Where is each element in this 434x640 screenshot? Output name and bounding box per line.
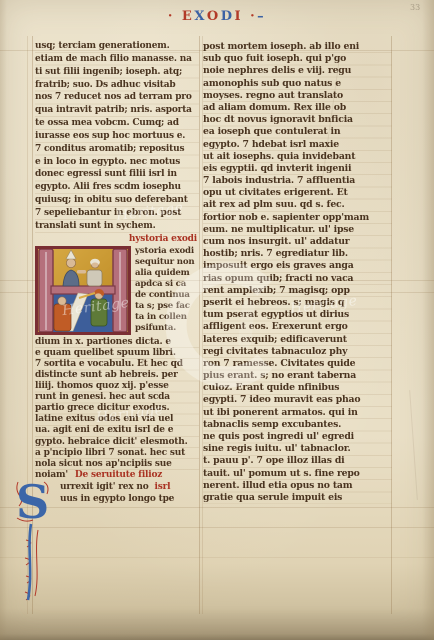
text-line: gypto. hebraice dicit' elesmoth. <box>35 437 199 448</box>
running-title-letter: O <box>207 9 221 24</box>
initial-s-tail <box>28 524 31 600</box>
text-beside-miniature: ystoria exodisequitur nonalia quidemapdc… <box>135 246 197 335</box>
initial-s-letter: S <box>16 475 49 529</box>
folio-number: 33 <box>410 3 420 12</box>
text-line: partio grece dicitur exodus. <box>35 403 199 414</box>
text-line: e quam quelibet spuum libri. <box>35 348 199 359</box>
text-line: culoz. Erant quide nfinibus <box>203 382 392 394</box>
text-line: tum pserat egyptios ut dirius <box>203 309 392 321</box>
text-line: 7 sortita e vocabulu. Et hec qd <box>35 359 199 370</box>
text-line: ta in collen <box>135 312 197 323</box>
text-line: fortior nob e. sapienter opp'mam <box>203 212 392 224</box>
running-title-right-dash: – <box>257 9 266 24</box>
running-title-letter: E <box>182 9 194 24</box>
text-line: ua. agit eni de exitu isrl de e <box>35 425 199 436</box>
left-column-upper-text: usq; terciam generationem.etiam de mach … <box>35 40 199 233</box>
manuscript-page: · EXODI ·– 33 usq; terciam generationem.… <box>0 0 434 640</box>
text-line: lateres exquib; edificaverunt <box>203 334 392 346</box>
text-line: ti sut filii ingenib; ioseph. atq; <box>35 66 199 79</box>
text-line: urrexit igit' rex noisrl <box>60 481 199 493</box>
text-line: ait rex ad plm suu. qd s. fec. <box>203 199 392 211</box>
text-line: ea ioseph que contulerat in <box>203 126 392 138</box>
running-title-exodi: · EXODI ·– <box>0 9 434 24</box>
text-line: fratrib; suo. Ds adhuc visitab <box>35 79 199 92</box>
text-line: ut ait iosephs. quia invidebant <box>203 151 392 163</box>
flourished-initial-s: S <box>14 478 60 608</box>
text-line: t. pauu p'. 7 ope illoz illas di <box>203 455 392 467</box>
text-line: eis egyptii. qd invterit ingenii <box>203 163 392 175</box>
running-title-left-dot: · <box>168 9 175 24</box>
text-line: hoc dt novus ignoravit bnficia <box>203 114 392 126</box>
rubric-de-servitute: De seruitute filioz <box>75 470 162 480</box>
text-line: de continua <box>135 290 197 301</box>
text-line: egypti. 7 ideo muravit eas phao <box>203 394 392 406</box>
text-line: hostib; nris. 7 egrediatur lib. <box>203 248 392 260</box>
text-line: distincte sunt ab hebreis. per <box>35 370 199 381</box>
text-line: 7 sepeliebantur in ebron. post <box>35 207 199 220</box>
text-line: egypto. 7 hdebat isrl maxie <box>203 139 392 151</box>
ruling-line-horizontal <box>0 557 434 558</box>
text-line: ta s; pse fac <box>135 301 197 312</box>
running-title-letter: D <box>221 9 235 24</box>
text-line: sub quo fuit ioseph. qui p'go <box>203 53 392 65</box>
text-line: moyses. regno aut translato <box>203 90 392 102</box>
text-line: eum. ne multiplicatur. ul' ipse <box>203 224 392 236</box>
text-line: sequitur non <box>135 257 197 268</box>
text-line: ne quis post ingredi ul' egredi <box>203 431 392 443</box>
text-line: affligent eos. Erexerunt ergo <box>203 321 392 333</box>
rubric-guide-word: isrl <box>155 482 171 492</box>
text-line: nola sicut nos ap'ncipiis sue <box>35 459 199 470</box>
page-edge-shadow-left <box>0 0 7 640</box>
text-line: latine exitus odos eni via uel <box>35 414 199 425</box>
text-line: sine regis iuitu. ul' tabnaclor. <box>203 443 392 455</box>
rubric-hystoria-exodi: hystoria exodi <box>35 233 199 245</box>
text-line: ystoria exodi <box>135 246 197 257</box>
text-line: translati sunt in sychem. <box>35 220 199 233</box>
text-line: noie nephres delis e viij. regu <box>203 65 392 77</box>
text-line: imposuit ergo eis graves anga <box>203 260 392 272</box>
text-line: dium in x. partiones dicta. e <box>35 337 199 348</box>
text-line: post mortem ioseph. ab illo eni <box>203 41 392 53</box>
text-line: psifunta. <box>135 323 197 334</box>
text-line: amonophis sub quo natus e <box>203 78 392 90</box>
text-line: te ossa mea vobcm. Cumq; ad <box>35 117 199 130</box>
vellum-crease <box>409 390 418 500</box>
text-line: cum nos insurgit. ul' addatur <box>203 236 392 248</box>
text-line: a p'ncipio libri 7 sonat. hec sut <box>35 448 199 459</box>
ruling-line-horizontal <box>0 527 434 528</box>
text-line: tabnaclis semp excubantes. <box>203 419 392 431</box>
text-line: nerent. illud etia opus no tam <box>203 480 392 492</box>
historiated-initial-h-miniature <box>35 246 131 335</box>
text-line: iurasse eos sup hoc mortuus e. <box>35 130 199 143</box>
page-edge-shadow-right <box>422 0 434 640</box>
running-title-letter: I <box>235 9 244 24</box>
text-line: qua intravit patrib; nris. asporta <box>35 104 199 117</box>
text-line: tauit. ul' pomum ut s. fine repo <box>203 468 392 480</box>
text-fragment: urrexit igit' rex no <box>60 482 149 492</box>
text-line: opu ut civitates erigerent. Et <box>203 187 392 199</box>
text-line: runt in genesi. hec aut scda <box>35 392 199 403</box>
text-line: ut ibi ponerent armatos. qui in <box>203 407 392 419</box>
text-line: nos 7 reducet nos ad terram pro <box>35 91 199 104</box>
text-column-left: usq; terciam generationem.etiam de mach … <box>35 40 199 507</box>
text-line: pserit ei hebreos. s; magis q <box>203 297 392 309</box>
text-line: liiij. thomos quoz xij. p'esse <box>35 381 199 392</box>
left-column-lower-text: dium in x. partiones dicta. ee quam quel… <box>35 337 199 470</box>
text-line: etiam de mach filio manasse. na <box>35 53 199 66</box>
text-line: usq; terciam generationem. <box>35 40 199 53</box>
text-line: donec egressi sunt filii isrl in <box>35 168 199 181</box>
text-line: 7 labois industria. 7 affluentia <box>203 175 392 187</box>
text-line: apdca si ca <box>135 279 197 290</box>
text-line: rias opum quib; fracti no vaca <box>203 273 392 285</box>
running-title-letter: X <box>194 9 207 24</box>
text-line: 7 conditus aromatib; repositus <box>35 143 199 156</box>
text-line: ron 7 ramesse. Civitates quide <box>203 358 392 370</box>
text-line: egypto. Alii fres scdm iosephu <box>35 181 199 194</box>
right-column-text: post mortem ioseph. ab illo enisub quo f… <box>203 41 392 504</box>
text-line: alia quidem <box>135 268 197 279</box>
text-line: rent amplexib; 7 magisq; opp <box>203 285 392 297</box>
initial-s-paragraph: S urrexit igit' rex noisrl uus in egypto… <box>35 481 199 507</box>
text-line: e in loco in egypto. nec motus <box>35 156 199 169</box>
running-title-right-dot: · <box>250 9 257 24</box>
text-line: gratie qua serule impuit eis <box>203 492 392 504</box>
text-line: uus in egypto longo tpe <box>60 493 199 505</box>
miniature-row: ystoria exodisequitur nonalia quidemapdc… <box>35 246 199 335</box>
text-line: ad aliam domum. Rex ille ob <box>203 102 392 114</box>
text-column-right: post mortem ioseph. ab illo enisub quo f… <box>203 41 392 504</box>
running-title-letters: EXODI <box>182 9 243 24</box>
text-line: regi civitates tabnaculoz phy <box>203 346 392 358</box>
text-line: quiusq; in obitu suo deferebant <box>35 194 199 207</box>
text-line: pius erant. s; no erant taberna <box>203 370 392 382</box>
